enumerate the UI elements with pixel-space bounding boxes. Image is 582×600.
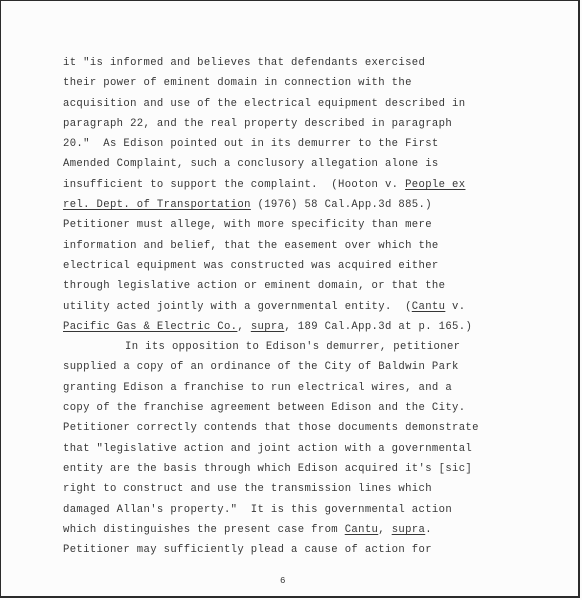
text-segment: ,: [237, 321, 250, 333]
case-citation: People ex: [405, 179, 465, 191]
text-line: Petitioner correctly contends that those…: [63, 418, 503, 438]
text-line: In its opposition to Edison's demurrer, …: [63, 337, 503, 357]
text-line: electrical equipment was constructed was…: [63, 256, 503, 276]
text-segment: .: [425, 524, 432, 536]
case-citation: Cantu: [345, 524, 379, 536]
text-line: rel. Dept. of Transportation (1976) 58 C…: [63, 195, 503, 215]
text-segment: supplied a copy of an ordinance of the C…: [63, 361, 459, 373]
text-line: 20." As Edison pointed out in its demurr…: [63, 134, 503, 154]
text-segment: insufficient to support the complaint. (…: [63, 179, 405, 191]
text-segment: entity are the basis through which Ediso…: [63, 463, 472, 475]
text-segment: 20." As Edison pointed out in its demurr…: [63, 138, 439, 150]
text-segment: information and belief, that the easemen…: [63, 240, 439, 252]
case-citation: supra: [392, 524, 426, 536]
text-line: utility acted jointly with a governmenta…: [63, 297, 503, 317]
text-segment: that "legislative action and joint actio…: [63, 443, 472, 455]
text-segment: ,: [378, 524, 391, 536]
case-citation: Pacific Gas & Electric Co.: [63, 321, 237, 333]
text-segment: Petitioner may sufficiently plead a caus…: [63, 544, 432, 556]
text-line: Petitioner must allege, with more specif…: [63, 215, 503, 235]
text-segment: In its opposition to Edison's demurrer, …: [125, 341, 460, 353]
text-line: that "legislative action and joint actio…: [63, 439, 503, 459]
text-segment: which distinguishes the present case fro…: [63, 524, 345, 536]
text-segment: it "is informed and believes that defend…: [63, 57, 425, 69]
text-line: it "is informed and believes that defend…: [63, 53, 503, 73]
text-line: damaged Allan's property." It is this go…: [63, 500, 503, 520]
text-line: information and belief, that the easemen…: [63, 236, 503, 256]
case-citation: rel. Dept. of Transportation: [63, 199, 251, 211]
text-line: which distinguishes the present case fro…: [63, 520, 503, 540]
text-segment: v.: [445, 301, 465, 313]
text-line: supplied a copy of an ordinance of the C…: [63, 357, 503, 377]
text-line: Petitioner may sufficiently plead a caus…: [63, 540, 503, 560]
case-citation: supra: [251, 321, 285, 333]
text-line: insufficient to support the complaint. (…: [63, 175, 503, 195]
text-segment: (1976) 58 Cal.App.3d 885.): [251, 199, 432, 211]
text-line: Pacific Gas & Electric Co., supra, 189 C…: [63, 317, 503, 337]
text-segment: acquisition and use of the electrical eq…: [63, 98, 465, 110]
text-segment: their power of eminent domain in connect…: [63, 77, 412, 89]
text-line: acquisition and use of the electrical eq…: [63, 94, 503, 114]
text-line: Amended Complaint, such a conclusory all…: [63, 154, 503, 174]
text-segment: Petitioner must allege, with more specif…: [63, 219, 432, 231]
text-segment: through legislative action or eminent do…: [63, 280, 445, 292]
text-line: through legislative action or eminent do…: [63, 276, 503, 296]
text-line: right to construct and use the transmiss…: [63, 479, 503, 499]
text-segment: right to construct and use the transmiss…: [63, 483, 432, 495]
text-segment: electrical equipment was constructed was…: [63, 260, 439, 272]
text-line: paragraph 22, and the real property desc…: [63, 114, 503, 134]
text-segment: , 189 Cal.App.3d at p. 165.): [284, 321, 472, 333]
text-segment: damaged Allan's property." It is this go…: [63, 504, 452, 516]
document-body: it "is informed and believes that defend…: [63, 53, 503, 560]
text-segment: Amended Complaint, such a conclusory all…: [63, 158, 439, 170]
text-line: copy of the franchise agreement between …: [63, 398, 503, 418]
text-segment: Petitioner correctly contends that those…: [63, 422, 479, 434]
text-segment: utility acted jointly with a governmenta…: [63, 301, 412, 313]
page-number: 6: [280, 576, 285, 586]
text-line: entity are the basis through which Ediso…: [63, 459, 503, 479]
text-segment: paragraph 22, and the real property desc…: [63, 118, 452, 130]
text-segment: copy of the franchise agreement between …: [63, 402, 465, 414]
text-segment: granting Edison a franchise to run elect…: [63, 382, 452, 394]
text-line: granting Edison a franchise to run elect…: [63, 378, 503, 398]
case-citation: Cantu: [412, 301, 446, 313]
text-line: their power of eminent domain in connect…: [63, 73, 503, 93]
